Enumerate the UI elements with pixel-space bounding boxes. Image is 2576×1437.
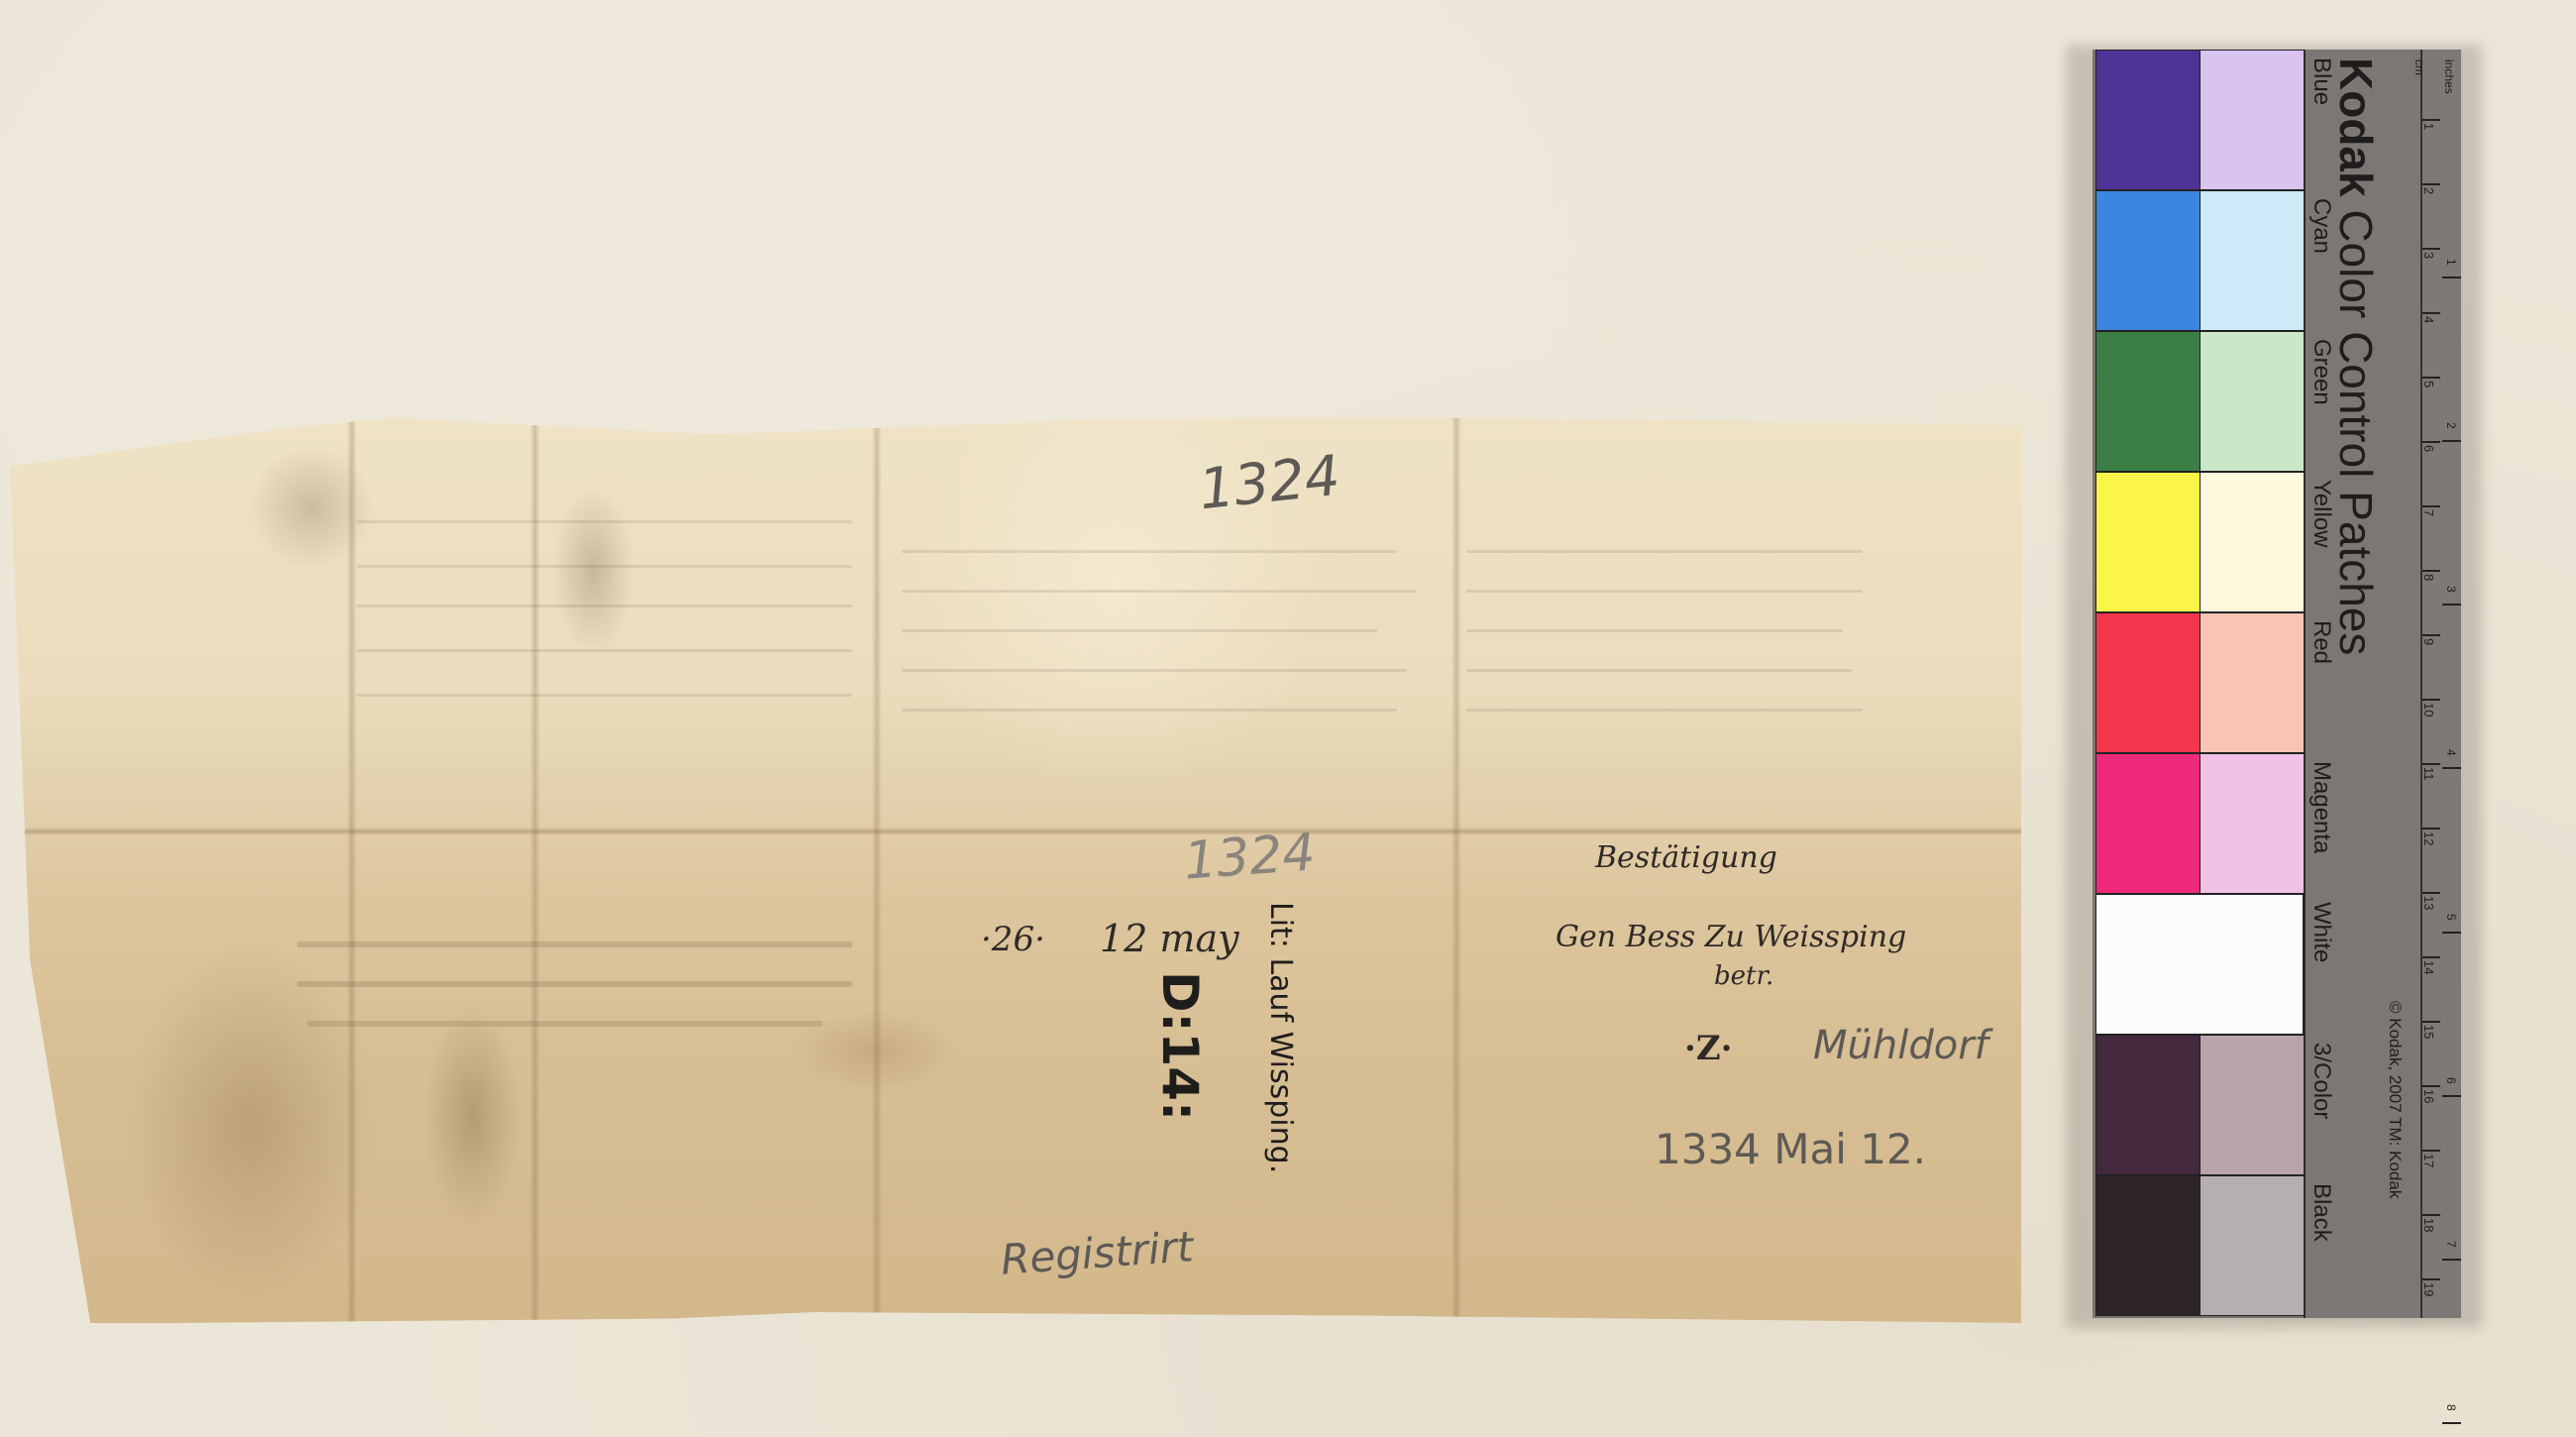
cm-tick-label: 17 bbox=[2421, 1154, 2436, 1167]
cm-tick bbox=[2422, 248, 2440, 250]
inch-tick bbox=[2442, 440, 2461, 442]
bleed-through-text bbox=[1466, 550, 1863, 553]
vertical-fold bbox=[530, 416, 540, 1323]
cm-tick-label: 2 bbox=[2421, 187, 2436, 194]
patch-red-dark bbox=[2095, 612, 2200, 753]
patch-label: White bbox=[2308, 902, 2335, 962]
cm-tick-label: 8 bbox=[2421, 574, 2436, 581]
cm-tick-label: 6 bbox=[2421, 445, 2436, 452]
inch-tick-label: 2 bbox=[2444, 422, 2458, 429]
cm-tick-label: 18 bbox=[2421, 1218, 2436, 1232]
vertical-note: Lit: Lauf Wissping. bbox=[1263, 902, 1298, 1173]
shelf-mark: D:14: bbox=[1151, 971, 1209, 1121]
inch-tick bbox=[2442, 1259, 2461, 1261]
patch-label: Yellow bbox=[2308, 480, 2335, 548]
patch-magenta-dark bbox=[2095, 753, 2200, 894]
parchment-document: 1324 1324 ·26· 12 may Lit: Lauf Wissping… bbox=[10, 416, 2021, 1323]
cm-tick-label: 10 bbox=[2421, 703, 2436, 717]
archival-number-top: 1324 bbox=[1196, 444, 1343, 523]
bleed-through-text bbox=[307, 1021, 822, 1027]
inches-label: inches bbox=[2442, 59, 2456, 94]
cm-tick-label: 5 bbox=[2421, 381, 2436, 387]
cm-tick bbox=[2422, 634, 2440, 636]
strip-title: Kodak Color Control Patches bbox=[2329, 57, 2383, 655]
dorsal-note-line1: Bestätigung bbox=[1595, 840, 1777, 875]
cm-tick-label: 19 bbox=[2421, 1282, 2436, 1296]
patch-black-dark bbox=[2095, 1175, 2200, 1316]
cm-tick bbox=[2422, 505, 2440, 507]
place-name: Mühldorf bbox=[1813, 1023, 1988, 1068]
cm-tick bbox=[2422, 1021, 2440, 1023]
patch-3-color-dark bbox=[2095, 1035, 2200, 1175]
inch-tick-label: 7 bbox=[2444, 1241, 2458, 1248]
cm-tick bbox=[2422, 1150, 2440, 1152]
bleed-through-text bbox=[902, 550, 1397, 553]
cm-tick bbox=[2422, 570, 2440, 572]
patch-red-light bbox=[2200, 612, 2305, 753]
patch-label: Red bbox=[2308, 620, 2335, 664]
bleed-through-text bbox=[357, 520, 852, 523]
bleed-through-text bbox=[902, 709, 1397, 712]
patch-blue-light bbox=[2200, 50, 2305, 190]
vertical-fold bbox=[347, 416, 357, 1323]
cm-tick-label: 14 bbox=[2421, 960, 2436, 974]
inch-tick bbox=[2442, 604, 2461, 606]
cm-tick-label: 16 bbox=[2421, 1089, 2436, 1103]
date-annotation: 1334 Mai 12. bbox=[1655, 1125, 1926, 1173]
inch-tick bbox=[2442, 276, 2461, 278]
cm-tick bbox=[2422, 1085, 2440, 1087]
cm-label: cm bbox=[2413, 59, 2426, 75]
bleed-through-text bbox=[1466, 590, 1863, 593]
inch-tick-label: 1 bbox=[2444, 259, 2458, 266]
patch-yellow-light bbox=[2200, 472, 2305, 612]
bleed-through-text bbox=[357, 565, 852, 568]
letter-mark: ·Z· bbox=[1684, 1029, 1733, 1068]
patch-cyan-dark bbox=[2095, 190, 2200, 331]
inch-tick bbox=[2442, 932, 2461, 934]
cm-tick bbox=[2422, 377, 2440, 379]
cm-tick-label: 9 bbox=[2421, 638, 2436, 645]
bleed-through-text bbox=[1466, 669, 1853, 672]
patch-black-light bbox=[2200, 1175, 2305, 1316]
kodak-color-strip: Kodak Color Control Patches BlueCyanGree… bbox=[2093, 50, 2459, 1318]
horizontal-fold bbox=[10, 828, 2021, 835]
cm-tick-label: 13 bbox=[2421, 896, 2436, 910]
cm-tick bbox=[2422, 1278, 2440, 1280]
bleed-through-text bbox=[1466, 709, 1863, 712]
ruler: cm inches 123456789101112131415161718191… bbox=[2420, 50, 2461, 1318]
patch-green-dark bbox=[2095, 331, 2200, 472]
vertical-fold bbox=[1451, 416, 1461, 1323]
patch-3-color-light bbox=[2200, 1035, 2305, 1175]
cm-tick bbox=[2422, 1214, 2440, 1216]
label-area: Kodak Color Control Patches BlueCyanGree… bbox=[2304, 50, 2422, 1318]
inch-tick bbox=[2442, 767, 2461, 769]
inch-tick bbox=[2442, 1095, 2461, 1097]
vertical-fold bbox=[872, 416, 882, 1323]
patch-label: Magenta bbox=[2308, 761, 2335, 853]
cm-tick bbox=[2422, 892, 2440, 894]
inch-tick-label: 6 bbox=[2444, 1077, 2458, 1084]
patch-label: Blue bbox=[2308, 57, 2335, 105]
cm-tick bbox=[2422, 441, 2440, 443]
patch-white bbox=[2095, 894, 2304, 1035]
patch-cyan-light bbox=[2200, 190, 2305, 331]
archival-number-faint: 1324 bbox=[1182, 823, 1317, 891]
bleed-through-text bbox=[902, 590, 1417, 593]
copyright-text: © Kodak, 2007 TM: Kodak bbox=[2385, 1001, 2405, 1198]
bleed-through-text bbox=[357, 605, 852, 608]
patch-blue-dark bbox=[2095, 50, 2200, 190]
cm-tick-label: 7 bbox=[2421, 509, 2436, 516]
dorsal-note-line2: Gen Bess Zu Weissping bbox=[1556, 920, 1906, 954]
inch-tick-label: 4 bbox=[2444, 749, 2458, 756]
cm-tick bbox=[2422, 763, 2440, 765]
cm-tick-label: 4 bbox=[2421, 316, 2436, 323]
kodak-logo: Kodak bbox=[2330, 57, 2382, 197]
patch-green-light bbox=[2200, 331, 2305, 472]
cm-tick bbox=[2422, 828, 2440, 829]
inch-tick-label: 5 bbox=[2444, 914, 2458, 921]
item-number: ·26· bbox=[981, 920, 1045, 959]
cm-tick-label: 11 bbox=[2421, 767, 2436, 781]
bleed-through-text bbox=[1466, 629, 1843, 632]
dorsal-note-line3: betr. bbox=[1714, 961, 1773, 991]
inch-tick-label: 3 bbox=[2444, 586, 2458, 593]
registered-note: Registrirt bbox=[1000, 1222, 1195, 1283]
patch-label: Black bbox=[2308, 1183, 2335, 1242]
patch-label: Cyan bbox=[2308, 198, 2335, 254]
cm-tick bbox=[2422, 183, 2440, 185]
cm-tick-label: 12 bbox=[2421, 831, 2436, 845]
cm-tick bbox=[2422, 699, 2440, 701]
bleed-through-text bbox=[902, 669, 1407, 672]
cm-tick-label: 3 bbox=[2421, 252, 2436, 259]
bleed-through-text bbox=[357, 694, 852, 697]
cm-tick bbox=[2422, 312, 2440, 314]
strip-title-text: Color Control Patches bbox=[2330, 209, 2382, 655]
inch-tick-label: 8 bbox=[2444, 1404, 2458, 1411]
bleed-through-text bbox=[902, 629, 1377, 632]
cm-tick bbox=[2422, 956, 2440, 958]
patch-magenta-light bbox=[2200, 753, 2305, 894]
inch-tick bbox=[2442, 1422, 2461, 1424]
patch-label: 3/Color bbox=[2308, 1043, 2335, 1119]
bleed-through-text bbox=[297, 981, 852, 987]
patch-yellow-dark bbox=[2095, 472, 2200, 612]
bleed-through-text bbox=[297, 941, 852, 947]
bleed-through-text bbox=[357, 649, 852, 652]
patch-label: Green bbox=[2308, 339, 2335, 405]
cm-tick-label: 1 bbox=[2421, 123, 2436, 130]
date-note: 12 may bbox=[1100, 917, 1239, 960]
cm-tick bbox=[2422, 119, 2440, 121]
cm-tick-label: 15 bbox=[2421, 1025, 2436, 1039]
